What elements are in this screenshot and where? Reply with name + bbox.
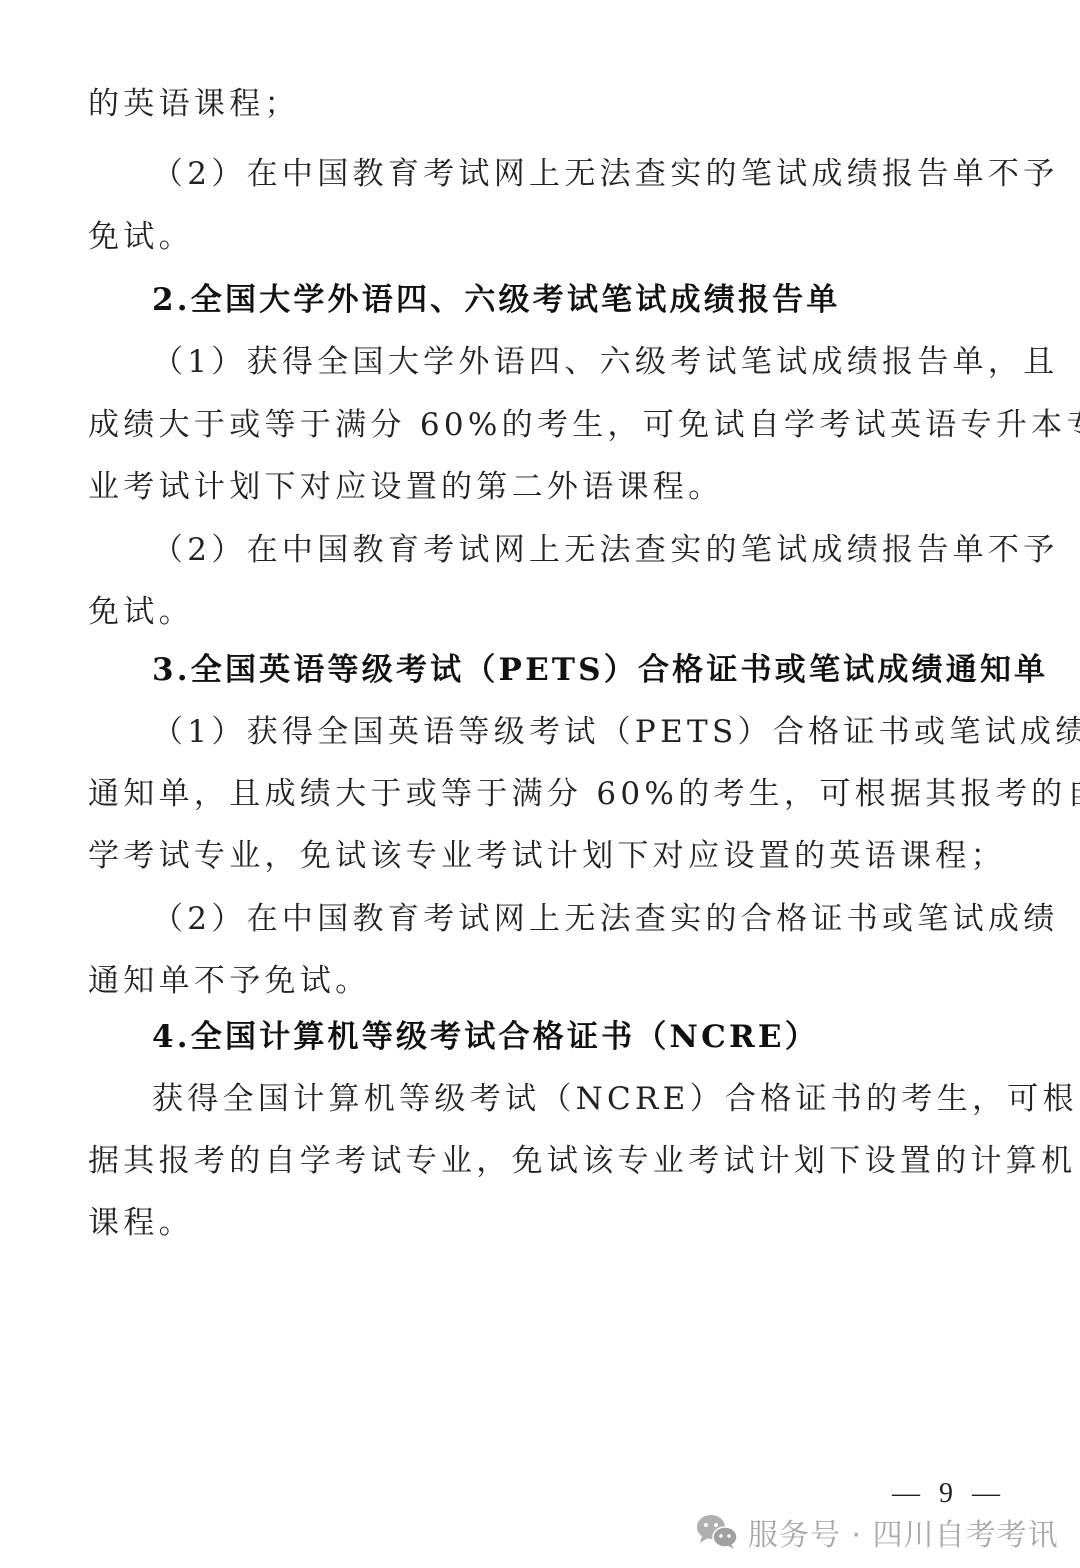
wechat-icon	[696, 1514, 738, 1550]
body-line: （1）获得全国英语等级考试（PETS）合格证书或笔试成绩	[152, 712, 1080, 752]
body-line: 的英语课程；	[88, 84, 300, 124]
section-heading-2: 2.全国大学外语四、六级考试笔试成绩报告单	[152, 280, 841, 320]
body-line: 课程。	[88, 1203, 194, 1243]
section-heading-3: 3.全国英语等级考试（PETS）合格证书或笔试成绩通知单	[152, 650, 1048, 690]
body-line: （2）在中国教育考试网上无法查实的合格证书或笔试成绩	[152, 899, 1059, 939]
body-line: 免试。	[88, 592, 194, 632]
body-line: 学考试专业，免试该专业考试计划下对应设置的英语课程；	[88, 836, 1006, 876]
body-line: 通知单，且成绩大于或等于满分 60%的考生，可根据其报考的自	[88, 774, 1080, 814]
body-line: （1）获得全国大学外语四、六级考试笔试成绩报告单，且	[152, 342, 1059, 382]
body-line: 成绩大于或等于满分 60%的考生，可免试自学考试英语专升本专	[88, 405, 1080, 445]
body-line: 业考试计划下对应设置的第二外语课程。	[88, 467, 723, 507]
watermark: 服务号 · 四川自考考讯	[696, 1507, 1059, 1557]
body-line: 获得全国计算机等级考试（NCRE）合格证书的考生，可根	[152, 1079, 1078, 1119]
body-line: （2）在中国教育考试网上无法查实的笔试成绩报告单不予	[152, 530, 1059, 570]
body-line: （2）在中国教育考试网上无法查实的笔试成绩报告单不予	[152, 154, 1059, 194]
body-line: 据其报考的自学考试专业，免试该专业考试计划下设置的计算机	[88, 1141, 1076, 1181]
watermark-text: 服务号 · 四川自考考讯	[748, 1510, 1059, 1554]
body-line: 通知单不予免试。	[88, 961, 370, 1001]
page-number: — 9 —	[892, 1478, 1006, 1510]
body-line: 免试。	[88, 217, 194, 257]
section-heading-4: 4.全国计算机等级考试合格证书（NCRE）	[152, 1017, 819, 1057]
